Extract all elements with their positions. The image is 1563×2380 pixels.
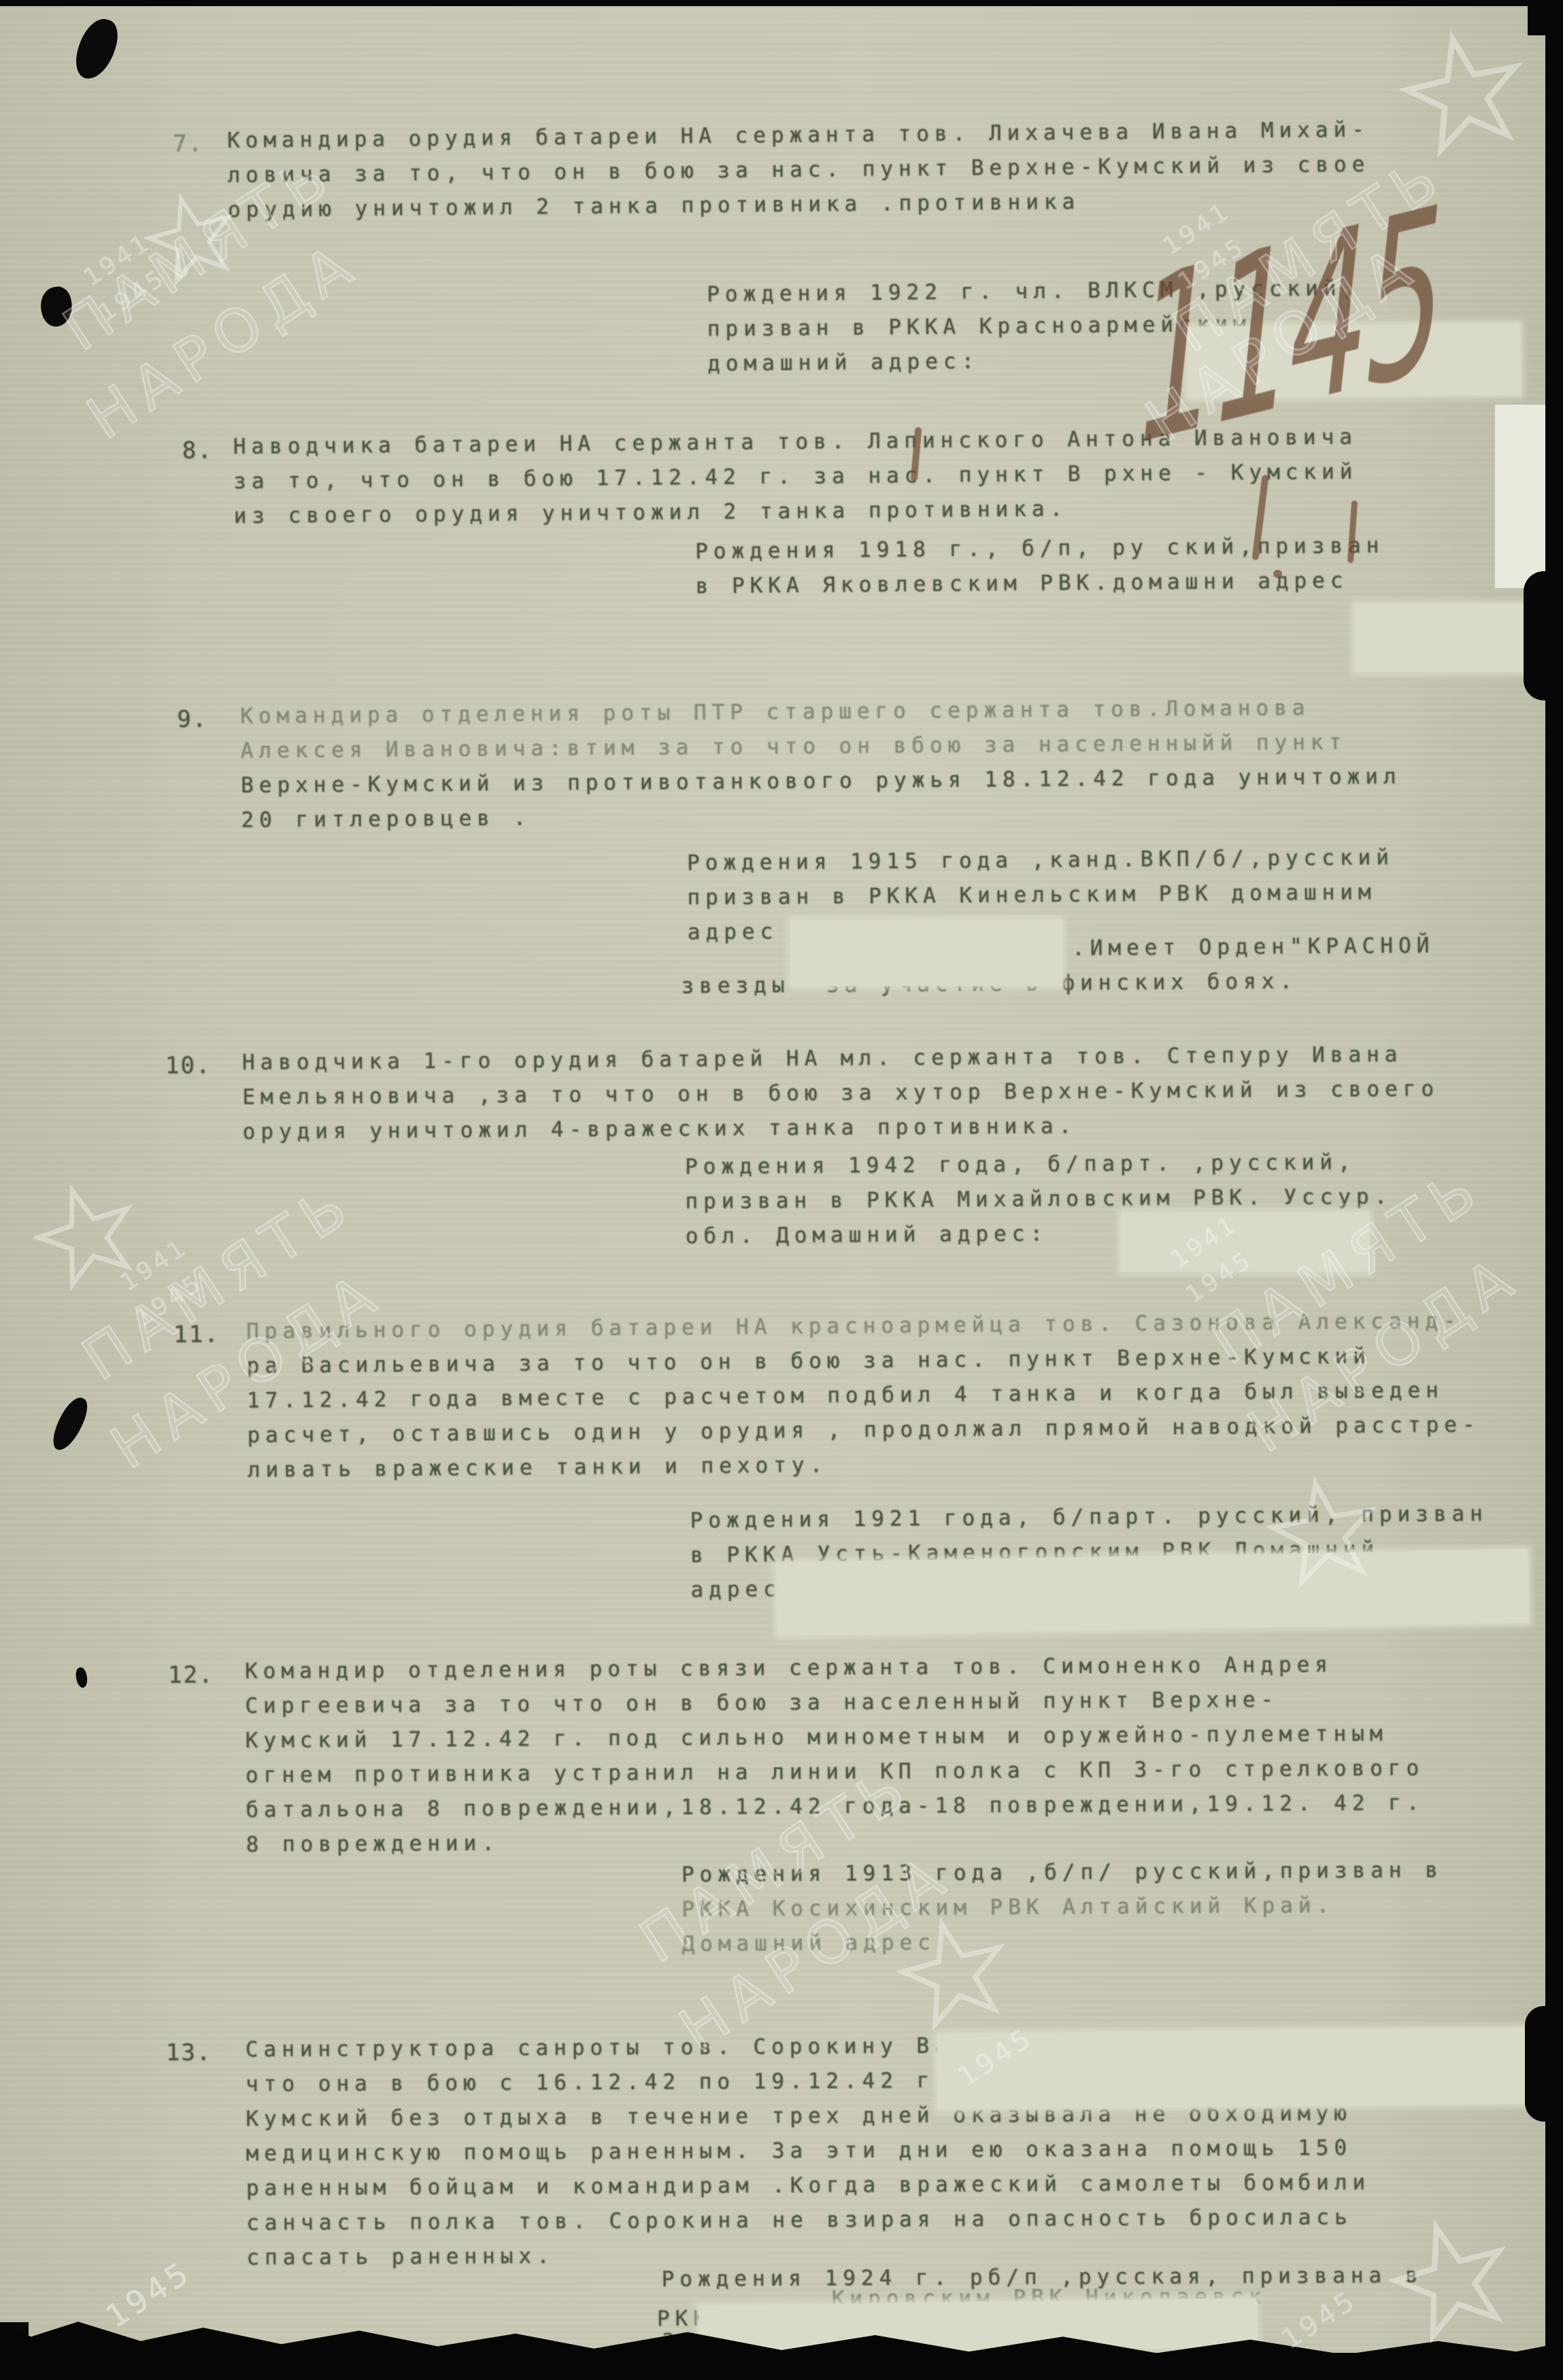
scan-edge-notch [1524,571,1563,700]
scan-edge-notch [1525,2006,1563,2122]
scan-edge-top [0,0,1563,6]
star-watermark-icon [1389,2218,1515,2344]
star-watermark-icon [1400,30,1529,159]
typed-line: раненным бойцам и командирам .Когда враж… [246,2172,1371,2199]
typed-line: медицинскую помощь раненным. За эти дни … [246,2138,1353,2165]
pen-dot [1273,570,1282,578]
redaction-box [790,919,1062,986]
typed-line: спасать раненных. [246,2246,554,2268]
scan-edge-corner [1528,0,1563,35]
star-watermark-icon [1266,1476,1382,1591]
scanned-document-page: 7. Командира орудия батареи НА сержанта … [0,0,1563,2380]
typed-line: санчасть полка тов. Сорокина не взирая н… [246,2207,1353,2234]
redaction-box [699,2298,1258,2354]
star-watermark-icon [896,1916,1012,2032]
item-number: 13. [166,2041,212,2064]
redaction-box [776,1549,1529,1635]
